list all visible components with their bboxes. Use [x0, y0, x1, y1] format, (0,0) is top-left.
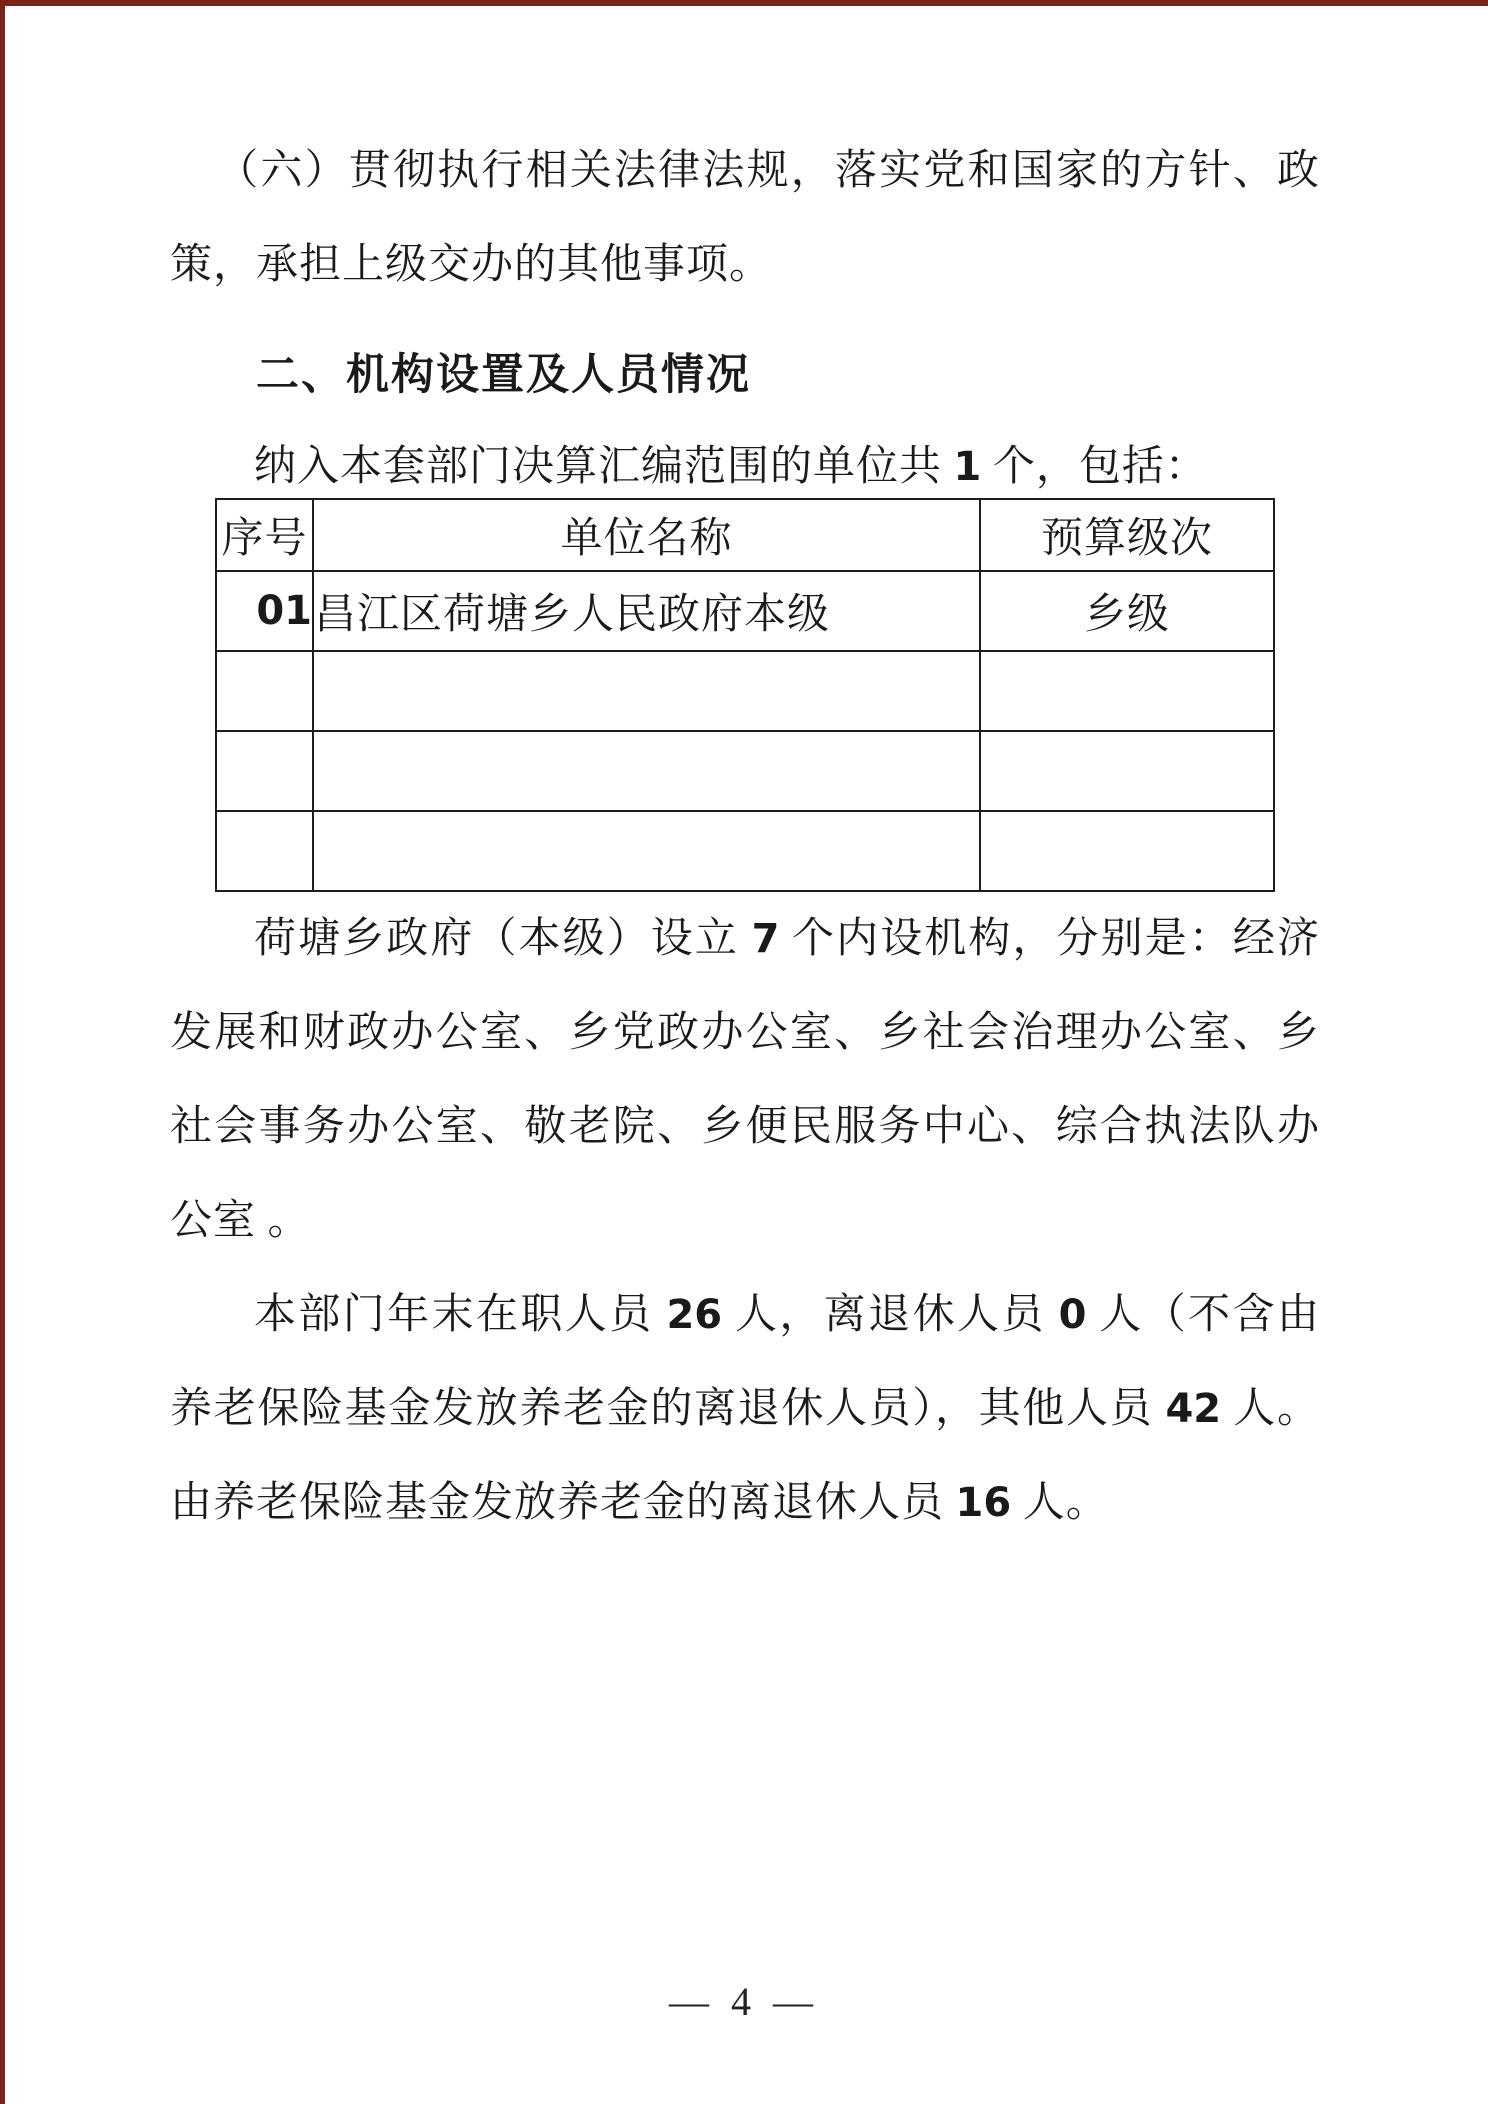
cell-unit-name	[313, 651, 980, 731]
text-run: 个内设机构，分别是：经济发展和财政办公室、乡党政办公室、乡社会治理办公室、乡社会…	[170, 916, 1320, 1244]
cell-budget-level	[980, 651, 1274, 731]
table-row	[216, 811, 1274, 891]
scan-edge-top	[0, 0, 1488, 6]
text-run: 人，离退休人员	[722, 1292, 1059, 1338]
text-run: 纳入本套部门决算汇编范围的单位共	[254, 444, 954, 490]
scan-edge-left	[0, 0, 5, 2104]
table-row	[216, 731, 1274, 811]
cell-serial	[216, 811, 313, 891]
cell-serial	[216, 731, 313, 811]
cell-budget-level	[980, 731, 1274, 811]
org-count-value: 7	[752, 916, 780, 962]
text-run: 本部门年末在职人员	[254, 1292, 666, 1338]
page-number: — 4 —	[0, 1978, 1488, 2025]
cell-unit-name: 昌江区荷塘乡人民政府本级	[313, 571, 980, 651]
units-table: 序号 单位名称 预算级次 01 昌江区荷塘乡人民政府本级 乡级	[215, 498, 1275, 892]
text-run: 个，包括：	[981, 444, 1208, 490]
paragraph-units-intro: 纳入本套部门决算汇编范围的单位共 1 个，包括：	[170, 420, 1320, 514]
table-row	[216, 651, 1274, 731]
header-serial: 序号	[216, 499, 313, 571]
other-staff-value: 42	[1165, 1386, 1221, 1432]
table-row: 01 昌江区荷塘乡人民政府本级 乡级	[216, 571, 1274, 651]
paragraph-duty: （六）贯彻执行相关法律法规，落实党和国家的方针、政策，承担上级交办的其他事项。	[170, 124, 1320, 312]
paragraph-org-structure: 荷塘乡政府（本级）设立 7 个内设机构，分别是：经济发展和财政办公室、乡党政办公…	[170, 892, 1320, 1268]
cell-unit-name	[313, 731, 980, 811]
unit-count-value: 1	[954, 444, 982, 490]
retired-staff-value: 0	[1059, 1292, 1087, 1338]
cell-budget-level	[980, 811, 1274, 891]
pension-retiree-value: 16	[956, 1480, 1012, 1526]
cell-budget-level: 乡级	[980, 571, 1274, 651]
cell-serial	[216, 651, 313, 731]
cell-serial: 01	[216, 571, 313, 651]
text-run: 人。	[1011, 1480, 1109, 1526]
paragraph-staffing: 本部门年末在职人员 26 人，离退休人员 0 人（不含由养老保险基金发放养老金的…	[170, 1268, 1320, 1550]
text-run: 荷塘乡政府（本级）设立	[254, 916, 752, 962]
page-content: （六）贯彻执行相关法律法规，落实党和国家的方针、政策，承担上级交办的其他事项。 …	[170, 124, 1320, 1550]
document-page: （六）贯彻执行相关法律法规，落实党和国家的方针、政策，承担上级交办的其他事项。 …	[0, 0, 1488, 2104]
cell-unit-name	[313, 811, 980, 891]
section-heading: 二、机构设置及人员情况	[170, 330, 1320, 420]
serial-value: 01	[256, 588, 312, 634]
active-staff-value: 26	[666, 1292, 722, 1338]
